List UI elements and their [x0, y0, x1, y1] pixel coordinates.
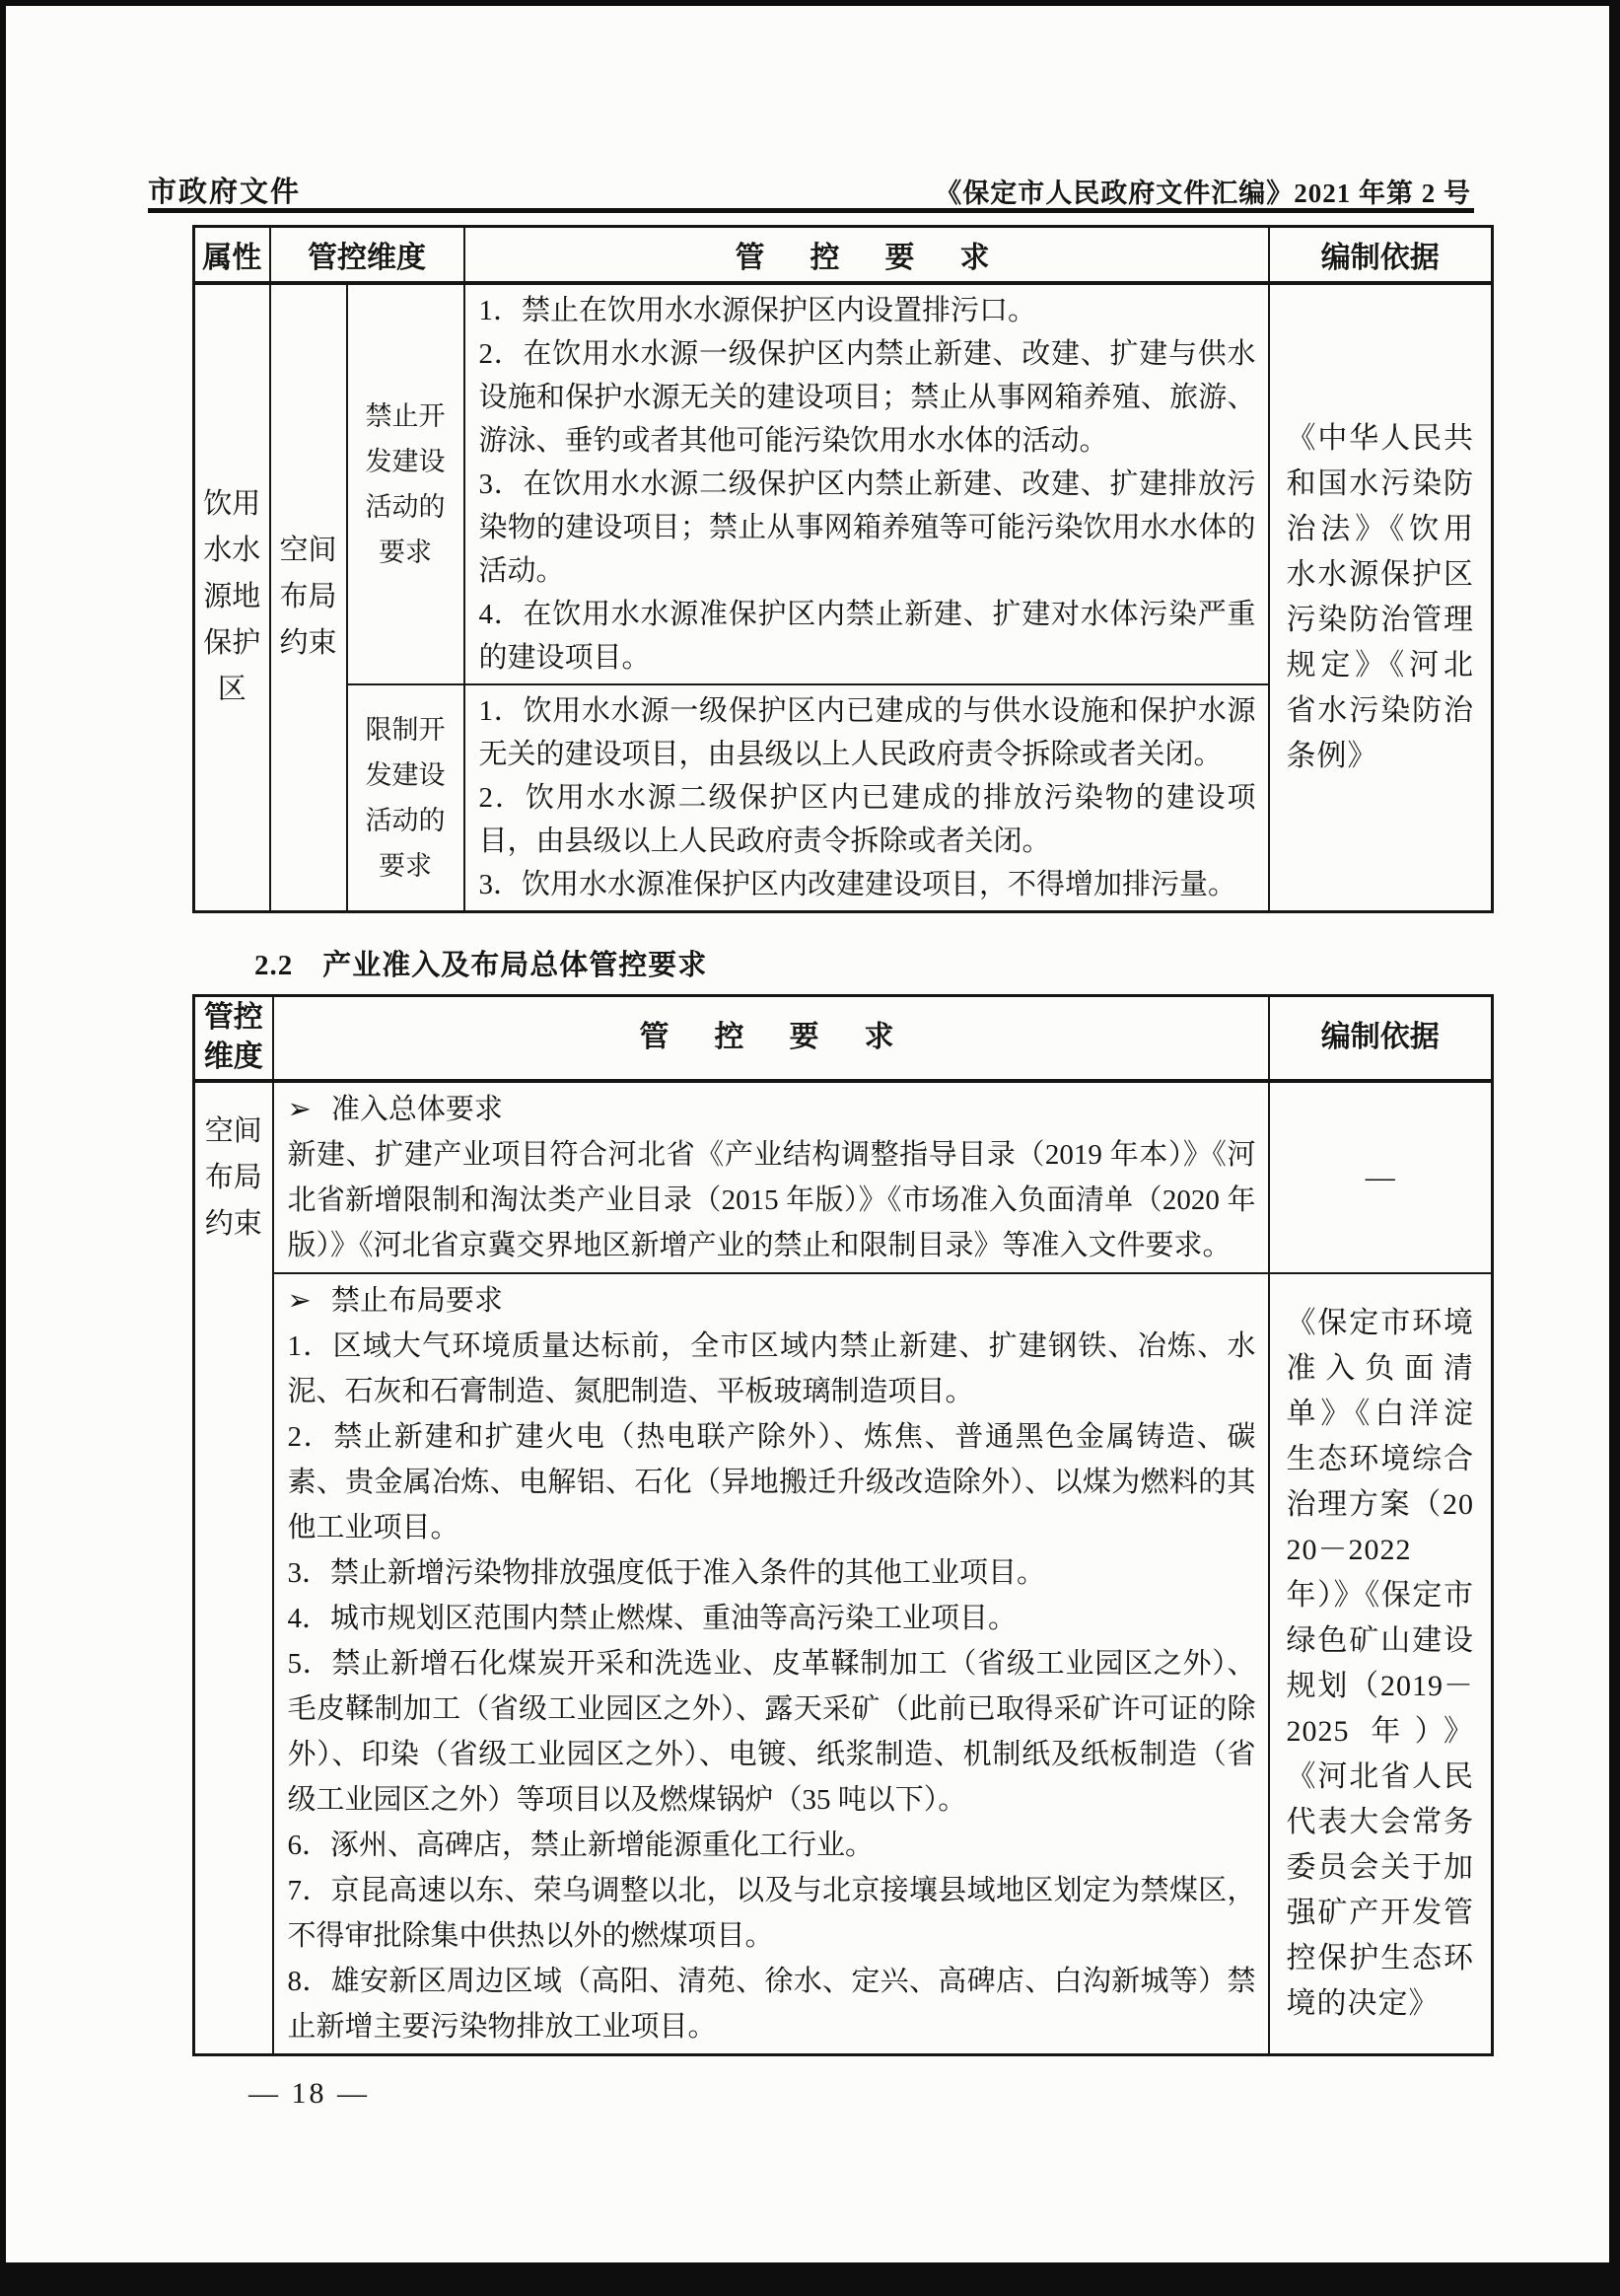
industry-access-control-table: 管控维度 管 控 要 求 编制依据 空间布局约束 ➢准入总体要求 新建、扩建产业…	[192, 994, 1494, 2056]
table2-header-dimension: 管控维度	[194, 996, 273, 1081]
access-requirement-heading: ➢准入总体要求	[288, 1087, 1256, 1132]
table1-basis-value: 《中华人民共和国水污染防治法》《饮用水水源保护区污染防治管理规定》《河北省水污染…	[1269, 283, 1493, 912]
table1-dimension-value: 空间布局约束	[270, 283, 347, 912]
requirement-paragraph: 8．雄安新区周边区域（高阳、清苑、徐水、定兴、高碑店、白沟新城等）禁止新增主要污…	[288, 1959, 1256, 2049]
table2-row1-requirements: ➢准入总体要求 新建、扩建产业项目符合河北省《产业结构调整指导目录（2019 年…	[273, 1081, 1269, 1273]
table1-row2-label: 限制开发建设活动的要求	[347, 684, 464, 912]
table2-row2-requirements: ➢禁止布局要求 1．区域大气环境质量达标前，全市区域内禁止新建、扩建钢铁、冶炼、…	[273, 1273, 1269, 2055]
requirement-paragraph: 7．京昆高速以东、荣乌调整以北，以及与北京接壤县域地区划定为禁煤区，不得审批除集…	[288, 1868, 1256, 1959]
table1-row-prohibit: 饮用水水源地保护区 空间布局约束 禁止开发建设活动的要求 1．禁止在饮用水水源保…	[194, 283, 1493, 684]
requirement-paragraph: 3．饮用水水源准保护区内改建建设项目，不得增加排污量。	[479, 863, 1256, 906]
requirement-paragraph: 2．禁止新建和扩建火电（热电联产除外）、炼焦、普通黑色金属铸造、碳素、贵金属冶炼…	[288, 1414, 1256, 1550]
scan-frame: 市政府文件 《保定市人民政府文件汇编》2021 年第 2 号 属性 管控维度 管…	[0, 0, 1620, 2296]
prohibit-layout-title: 禁止布局要求	[331, 1285, 503, 1317]
prohibit-layout-paragraphs: 1．区域大气环境质量达标前，全市区域内禁止新建、扩建钢铁、冶炼、水泥、石灰和石膏…	[288, 1324, 1256, 2049]
table2-row-prohibit-layout: ➢禁止布局要求 1．区域大气环境质量达标前，全市区域内禁止新建、扩建钢铁、冶炼、…	[194, 1273, 1493, 2055]
table1-header-basis: 编制依据	[1269, 227, 1493, 283]
table1-row1-label: 禁止开发建设活动的要求	[347, 283, 464, 684]
table1-header-requirement: 管 控 要 求	[464, 227, 1269, 283]
requirement-paragraph: 4．城市规划区范围内禁止燃煤、重油等高污染工业项目。	[288, 1596, 1256, 1641]
table2-row-access: 空间布局约束 ➢准入总体要求 新建、扩建产业项目符合河北省《产业结构调整指导目录…	[194, 1081, 1493, 1273]
page-number: — 18 —	[248, 2077, 370, 2111]
table2-header-basis: 编制依据	[1269, 996, 1493, 1081]
requirement-paragraph: 新建、扩建产业项目符合河北省《产业结构调整指导目录（2019 年本）》《河北省新…	[288, 1132, 1256, 1268]
requirement-paragraph: 6．涿州、高碑店，禁止新增能源重化工行业。	[288, 1823, 1256, 1868]
requirement-paragraph: 2．在饮用水水源一级保护区内禁止新建、改建、扩建与供水设施和保护水源无关的建设项…	[479, 332, 1256, 463]
table2-header-requirement: 管 控 要 求	[273, 996, 1269, 1081]
document-page: 市政府文件 《保定市人民政府文件汇编》2021 年第 2 号 属性 管控维度 管…	[6, 6, 1609, 2262]
arrow-bullet-icon: ➢	[288, 1094, 312, 1125]
header-rule	[148, 208, 1474, 213]
table1-row1-requirements: 1．禁止在饮用水水源保护区内设置排污口。2．在饮用水水源一级保护区内禁止新建、改…	[464, 283, 1269, 684]
section-heading: 2.2 产业准入及布局总体管控要求	[254, 943, 707, 983]
table1-header-dimension: 管控维度	[270, 227, 464, 283]
header-doc-type: 市政府文件	[148, 170, 301, 210]
table2-row1-basis: —	[1269, 1081, 1493, 1273]
table2-header-row: 管控维度 管 控 要 求 编制依据	[194, 996, 1493, 1081]
document-header: 市政府文件 《保定市人民政府文件汇编》2021 年第 2 号	[148, 170, 1471, 210]
table1-row2-requirements: 1．饮用水水源一级保护区内已建成的与供水设施和保护水源无关的建设项目，由县级以上…	[464, 684, 1269, 912]
access-requirement-title: 准入总体要求	[331, 1094, 503, 1125]
requirement-paragraph: 4．在饮用水水源准保护区内禁止新建、扩建对水体污染严重的建设项目。	[479, 593, 1256, 680]
requirement-paragraph: 2．饮用水水源二级保护区内已建成的排放污染物的建设项目，由县级以上人民政府责令拆…	[479, 776, 1256, 863]
requirement-paragraph: 1．禁止在饮用水水源保护区内设置排污口。	[479, 289, 1256, 332]
requirement-paragraph: 3．禁止新增污染物排放强度低于准入条件的其他工业项目。	[288, 1550, 1256, 1596]
requirement-paragraph: 3．在饮用水水源二级保护区内禁止新建、改建、扩建排放污染物的建设项目；禁止从事网…	[479, 463, 1256, 593]
arrow-bullet-icon: ➢	[288, 1285, 312, 1317]
header-compilation-title: 《保定市人民政府文件汇编》2021 年第 2 号	[935, 172, 1471, 210]
requirement-paragraph: 1．区域大气环境质量达标前，全市区域内禁止新建、扩建钢铁、冶炼、水泥、石灰和石膏…	[288, 1324, 1256, 1414]
table2-dimension-value: 空间布局约束	[194, 1081, 273, 2055]
table2-row2-basis: 《保定市环境准入负面清单》《白洋淀生态环境综合治理方案（2020－2022 年）…	[1269, 1273, 1493, 2055]
prohibit-layout-heading: ➢禁止布局要求	[288, 1278, 1256, 1324]
table1-header-attr: 属性	[194, 227, 270, 283]
requirement-paragraph: 5．禁止新增石化煤炭开采和洗选业、皮革鞣制加工（省级工业园区之外）、毛皮鞣制加工…	[288, 1641, 1256, 1823]
requirement-paragraph: 1．饮用水水源一级保护区内已建成的与供水设施和保护水源无关的建设项目，由县级以上…	[479, 689, 1256, 776]
table1-attr-value: 饮用水水源地保护区	[194, 283, 270, 912]
table1-header-row: 属性 管控维度 管 控 要 求 编制依据	[194, 227, 1493, 283]
water-source-control-table: 属性 管控维度 管 控 要 求 编制依据 饮用水水源地保护区 空间布局约束 禁止…	[192, 225, 1494, 913]
access-requirement-paragraphs: 新建、扩建产业项目符合河北省《产业结构调整指导目录（2019 年本）》《河北省新…	[288, 1132, 1256, 1268]
